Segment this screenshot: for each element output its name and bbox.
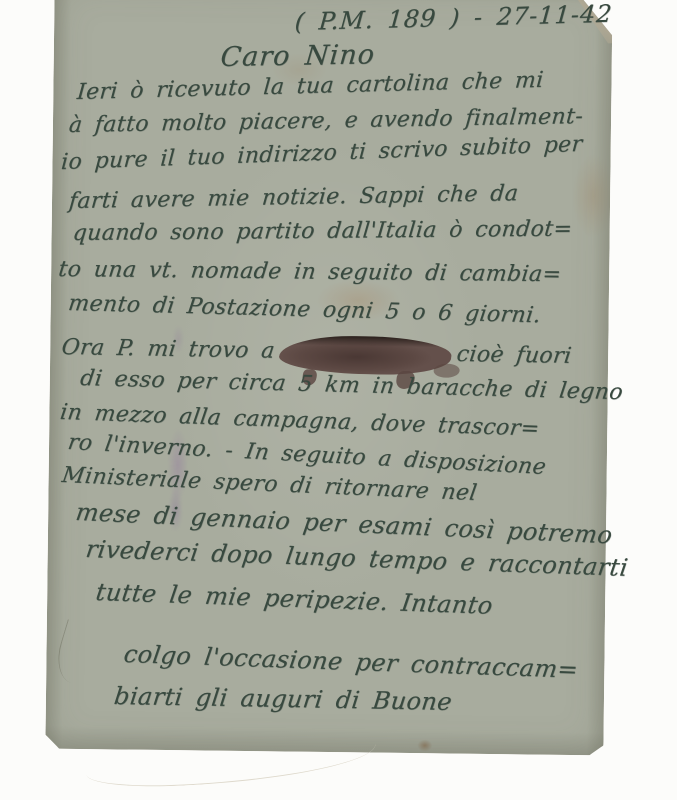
censor-blot <box>277 335 454 376</box>
salutation: Caro Nino <box>219 39 376 73</box>
handwritten-text: ( P.M. 189 ) - 27-11-42 Caro Nino Ieri ò… <box>0 0 677 800</box>
letter-line: tutte le mie peripezie. Intanto <box>94 578 495 620</box>
letter-line: to una vt. nomade in seguito di cambia= <box>57 257 563 287</box>
letter-line: biarti gli auguri di Buone <box>113 682 454 716</box>
letter-line: mento di Postazione ogni 5 o 6 giorni. <box>67 291 543 328</box>
postmark-date: ( P.M. 189 ) - 27-11-42 <box>294 0 614 36</box>
letter-line: colgo l'occasione per contraccam= <box>122 640 580 684</box>
scan-background: ( P.M. 189 ) - 27-11-42 Caro Nino Ieri ò… <box>0 0 677 800</box>
letter-line-before-blot: Ora P. mi trovo a <box>60 335 276 364</box>
letter-line: à fatto molto piacere, e avendo finalmen… <box>68 104 584 138</box>
letter-line: farti avere mie notizie. Sappi che da <box>68 181 520 214</box>
letter-line: io pure il tuo indirizzo ti scrivo subit… <box>60 132 583 175</box>
letter-line: quando sono partito dall'Italia ò condot… <box>72 217 574 246</box>
letter-line-after-blot: cioè fuori <box>455 342 573 369</box>
letter-line: Ieri ò ricevuto la tua cartolina che mi <box>76 68 545 105</box>
